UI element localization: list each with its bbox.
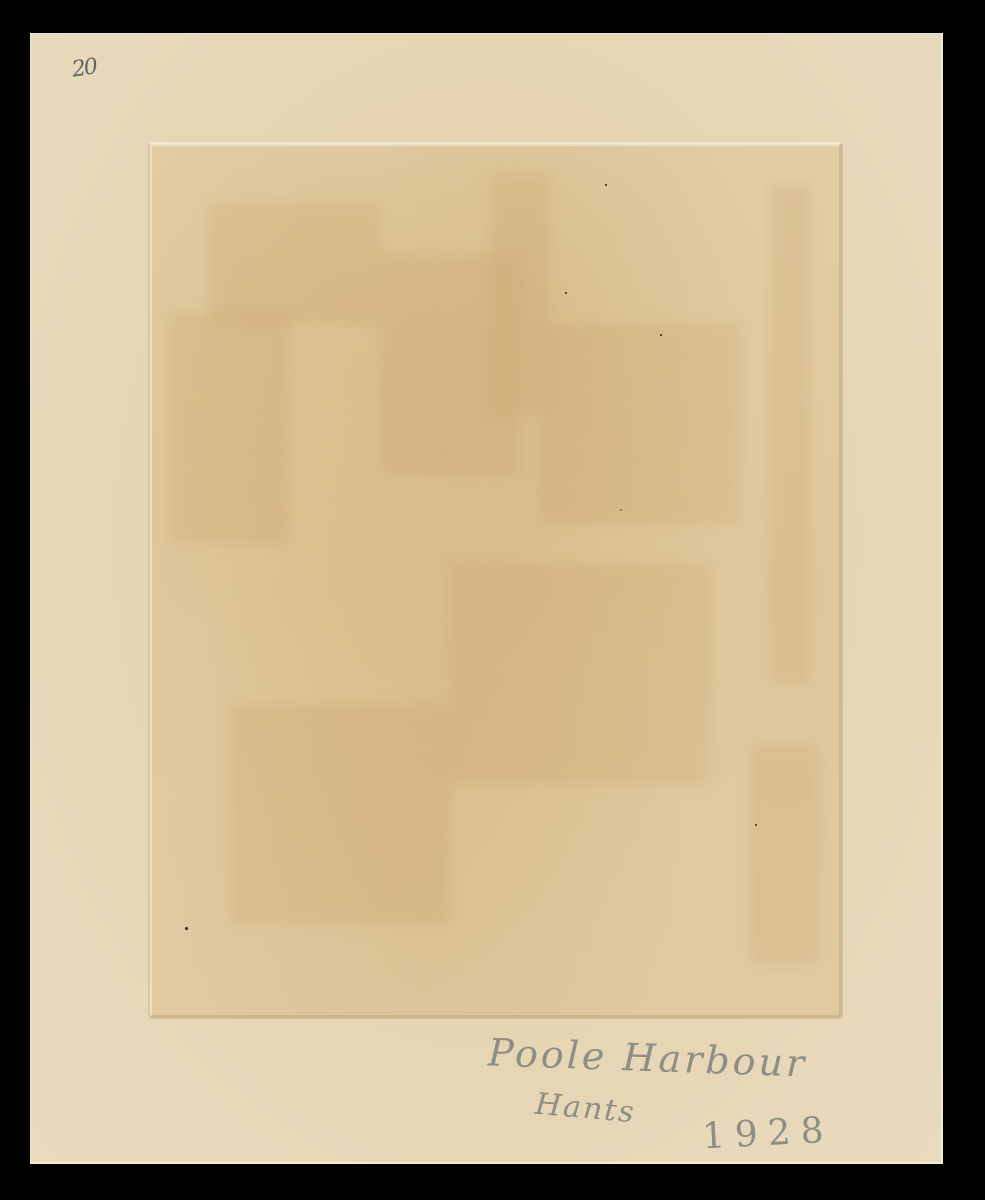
- show-through-shape: [210, 204, 380, 324]
- show-through-shape: [770, 184, 810, 684]
- show-through-shape: [450, 564, 710, 784]
- show-through-shape: [540, 324, 740, 524]
- plate-mark: [148, 142, 842, 1018]
- pencil-inscription-place: Hants: [534, 1087, 637, 1131]
- corner-pencil-number: 20: [70, 54, 97, 82]
- pencil-inscription-title: Poole Harbour: [487, 1030, 808, 1085]
- paper-edge-right: [941, 33, 943, 1164]
- show-through-shape: [170, 314, 290, 544]
- show-through-shape: [230, 704, 450, 924]
- paper-speck: [620, 509, 622, 511]
- show-through-shape: [750, 744, 820, 964]
- paper-speck: [605, 184, 607, 186]
- paper-sheet: 20 Poole Harbour Hants 1928: [30, 33, 943, 1164]
- paper-edge-bottom: [30, 1162, 943, 1164]
- paper-speck: [565, 292, 567, 294]
- paper-speck: [660, 334, 662, 336]
- pencil-inscription-year: 1928: [701, 1110, 835, 1158]
- paper-speck: [185, 927, 188, 930]
- paper-speck: [755, 824, 757, 826]
